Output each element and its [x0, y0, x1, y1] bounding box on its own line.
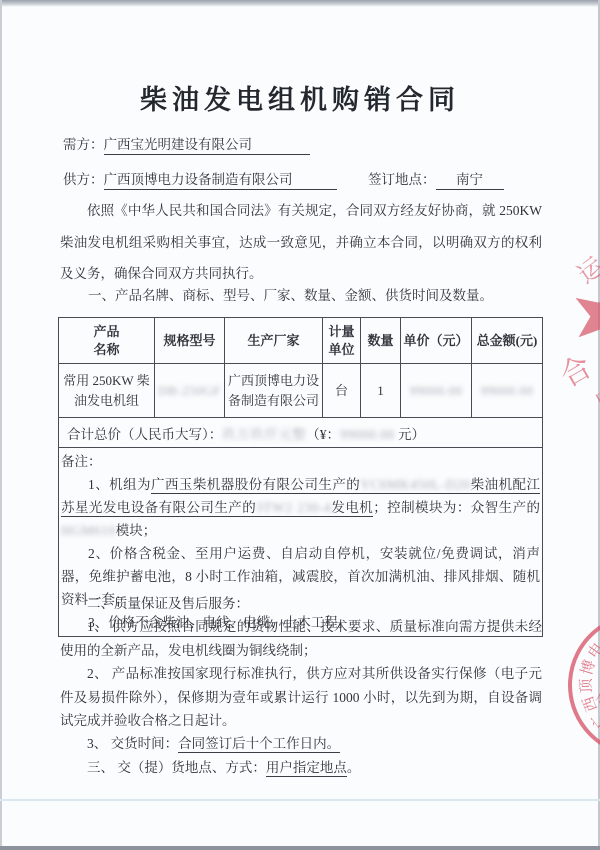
stamp-top-char-2: 合 — [555, 350, 597, 394]
col-product-name: 产品 名称 — [59, 318, 155, 364]
total-yen-open: （¥： — [306, 427, 340, 442]
red-stamp-top-icon: 运 合 同 — [545, 248, 600, 428]
section2-heading: 二、质量保证及售后服务： — [60, 592, 542, 615]
scan-artifact-line — [0, 799, 600, 801]
sign-place-value: 南宁 — [436, 168, 504, 190]
total-price-row: 合计总价（人民币大写）：玖万玖仟元整（¥：99000.00 元） — [59, 418, 543, 448]
note-1: 1、机组为广西玉柴机器股份有限公司生产的YC6MK450L-D20柴油机配江苏星… — [61, 473, 540, 542]
section2-item3: 3、 交货时间：合同签订后十个工作日内。 — [60, 732, 542, 755]
total-words-redacted: 玖万玖仟元整 — [222, 427, 306, 442]
section2-block: 二、质量保证及售后服务： 1、 供方应按照合同规定的货物性能、技术要求、质量标准… — [60, 592, 542, 779]
cell-unit-price-redacted: 99000.00 — [401, 364, 472, 418]
contract-page: 柴油发电组机购销合同 需方：广西宝光明建设有限公司 供方：广西顶博电力设备制造有… — [0, 0, 600, 850]
section1-heading: 一、产品名牌、商标、型号、厂家、数量、金额、供货时间及数量。 — [60, 284, 542, 304]
total-amount-redacted: 99000.00 — [340, 427, 395, 442]
col-unit-price: 单价（元） — [401, 318, 472, 364]
buyer-label: 需方： — [63, 137, 104, 152]
section3-line: 三、 交（提）货地点、方式：用户指定地点。 — [60, 756, 542, 779]
col-manufacturer: 生产厂家 — [225, 318, 323, 364]
col-model: 规格型号 — [155, 318, 225, 364]
cell-qty: 1 — [361, 364, 401, 418]
table-header-row: 产品 名称 规格型号 生产厂家 计量 单位 数量 单价（元） 总金额(元) — [59, 318, 543, 364]
notes-label: 备注： — [61, 450, 540, 473]
sign-place-label: 签订地点： — [368, 172, 436, 187]
intro-paragraph: 依照《中华人民共和国合同法》有关规定，合同双方经友好协商，就 250KW 柴油发… — [60, 195, 542, 290]
cell-total-redacted: 99000.00 — [472, 364, 543, 418]
sign-place-line: 签订地点：南宁 — [368, 168, 504, 190]
product-table: 产品 名称 规格型号 生产厂家 计量 单位 数量 单价（元） 总金额(元) 常用… — [58, 317, 543, 637]
scan-edge-bottom — [0, 846, 600, 850]
col-qty: 数量 — [361, 318, 401, 364]
cell-product-name: 常用 250KW 柴油发电机组 — [59, 364, 155, 418]
cell-model-redacted: DB-250GF — [155, 364, 225, 418]
total-label: 合计总价（人民币大写）： — [67, 427, 222, 442]
stamp-top-char-1: 运 — [573, 252, 600, 289]
col-unit: 计量 单位 — [323, 318, 361, 364]
red-stamp-bottom-icon: 广西顶博电力设备制造有限公司 合同专用章 — [545, 595, 600, 780]
stamp-ring-text: 广西顶博电力设备制造有限公司 — [545, 595, 600, 746]
cell-manufacturer: 广西顶博电力设备制造有限公司 — [225, 364, 323, 418]
buyer-line: 需方：广西宝光明建设有限公司 — [63, 133, 310, 155]
scan-edge-top — [0, 0, 600, 7]
seller-line: 供方：广西顶博电力设备制造有限公司 — [63, 168, 337, 190]
seller-label: 供方： — [63, 172, 104, 187]
total-yen-close: 元） — [395, 427, 425, 442]
buyer-name: 广西宝光明建设有限公司 — [104, 133, 311, 155]
table-row: 常用 250KW 柴油发电机组 DB-250GF 广西顶博电力设备制造有限公司 … — [59, 364, 543, 418]
section2-item1: 1、 供方应按照合同规定的货物性能、技术要求、质量标准向需方提供未经使用的全新产… — [60, 615, 542, 662]
cell-unit: 台 — [323, 364, 361, 418]
scan-edge-left — [0, 0, 2, 850]
document-title: 柴油发电组机购销合同 — [0, 78, 600, 117]
col-total: 总金额(元) — [472, 318, 543, 364]
seller-name: 广西顶博电力设备制造有限公司 — [104, 168, 337, 190]
section2-item2: 2、 产品标准按国家现行标准执行，供方应对其所供设备实行保修（电子元件及易损件除… — [60, 662, 542, 732]
